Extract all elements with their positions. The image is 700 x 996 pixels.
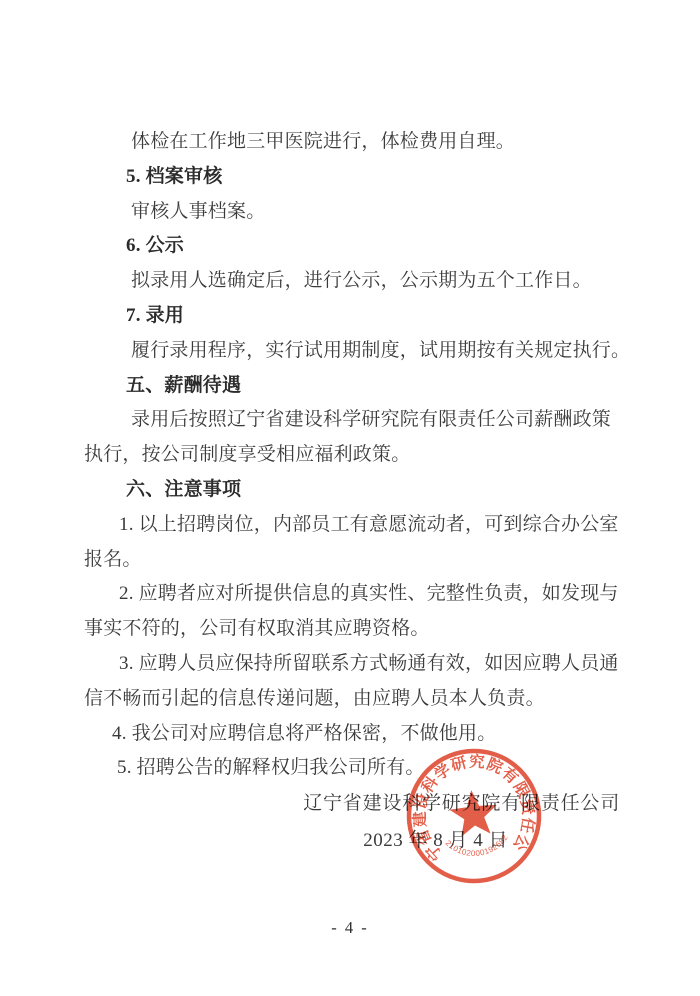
- doc-line: 报名。: [84, 543, 620, 578]
- doc-line: 2. 应聘者应对所提供信息的真实性、完整性负责，如发现与: [84, 577, 620, 612]
- doc-line: 审核人事档案。: [84, 195, 620, 230]
- company-seal: 辽宁省建设科学研究院有限责任公司 210102000192682: [392, 734, 557, 899]
- section-heading: 6. 公示: [84, 229, 620, 264]
- doc-line: 事实不符的，公司有权取消其应聘资格。: [84, 612, 620, 647]
- section-heading: 五、薪酬待遇: [84, 369, 620, 404]
- doc-line: 体检在工作地三甲医院进行，体检费用自理。: [84, 125, 620, 160]
- seal-star-icon: [448, 788, 500, 838]
- doc-line: 拟录用人选确定后，进行公示，公示期为五个工作日。: [84, 264, 620, 299]
- section-heading: 5. 档案审核: [84, 160, 620, 195]
- section-heading: 7. 录用: [84, 299, 620, 334]
- doc-line: 1. 以上招聘岗位，内部员工有意愿流动者，可到综合办公室: [84, 508, 620, 543]
- page-number: - 4 -: [0, 918, 700, 938]
- doc-line: 录用后按照辽宁省建设科学研究院有限责任公司薪酬政策: [84, 403, 620, 438]
- seal-serial-number: 210102000192682: [443, 832, 512, 861]
- document-body: 体检在工作地三甲医院进行，体检费用自理。 5. 档案审核 审核人事档案。 6. …: [84, 125, 620, 786]
- doc-line: 3. 应聘人员应保持所留联系方式畅通有效，如因应聘人员通: [84, 647, 620, 682]
- doc-line: 信不畅而引起的信息传递问题，由应聘人员本人负责。: [84, 682, 620, 717]
- section-heading: 六、注意事项: [84, 473, 620, 508]
- doc-line: 执行，按公司制度享受相应福利政策。: [84, 438, 620, 473]
- doc-line: 履行录用程序，实行试用期制度，试用期按有关规定执行。: [84, 334, 620, 369]
